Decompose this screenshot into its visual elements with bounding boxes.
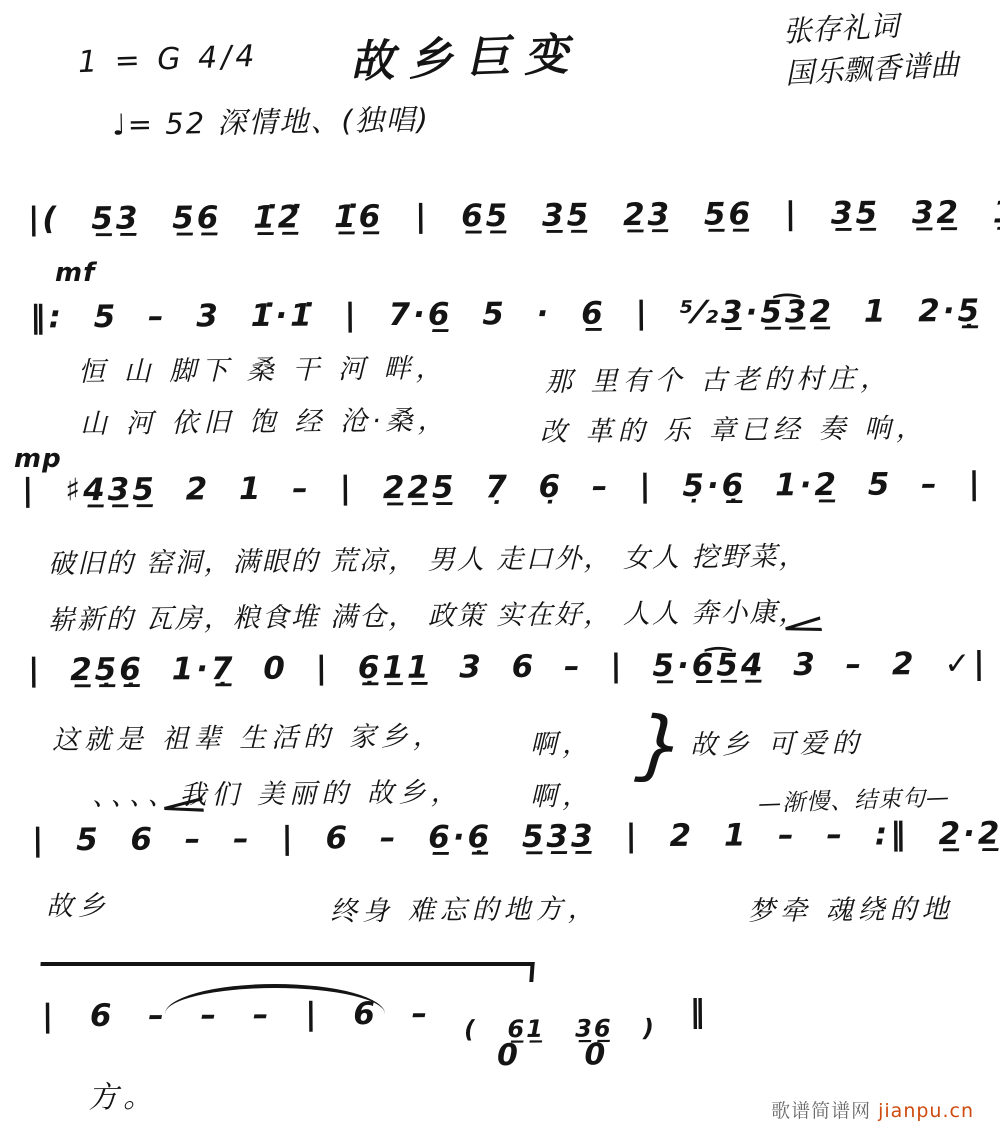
credits: 张存礼词 国乐飘香谱曲 (782, 2, 960, 95)
lyrics-line4-right: 梦牵 魂绕的地 (748, 887, 954, 928)
song-title: 故乡巨变 (349, 18, 583, 90)
watermark-site-name: 歌谱简谱网 (771, 1100, 878, 1122)
watermark: 歌谱简谱网 jianpu.cn (771, 1096, 974, 1123)
notation-line-1: |( 5̲3̲ 5̲6̲ 1̲̇2̲̇ 1̲̇6̲ | 6̲5̲ 3̲5̲ 2̲… (28, 191, 1000, 238)
lyrics-verse2-line3-left: 、、、、我们 美丽的 故乡， (92, 770, 463, 813)
notation-line-2: ‖: 5 – 3 1̇·1̇ | 7·6̲ 5 · 6̲ | ⁵⁄₂3̲·5̲͡… (30, 290, 1000, 335)
crescendo-mark: < (777, 609, 820, 644)
lyrics-verse1-line3-ah: 啊， (530, 722, 594, 762)
sheet-music-page: 1 = G 4/4 故乡巨变 张存礼词 国乐飘香谱曲 ♩= 52 深情地、(独唱… (0, 0, 1000, 1137)
crescendo-mark-2: < (156, 790, 202, 824)
lyrics-verse2-line1-left: 山 河 依旧 饱 经 沧·桑， (80, 398, 450, 441)
ritardando-annotation: —渐慢、结束句— (757, 779, 950, 819)
lyrics-verse2-line1-right: 改 革的 乐 章已经 奏 响， (540, 406, 928, 449)
coda-grace-over-rests: ( 6̲1̲ 3̲6̲ ) 0 0 (464, 1016, 656, 1071)
lyrics-shared-line3-right: 故乡 可爱的 (690, 721, 864, 762)
watermark-url: jianpu.cn (878, 1100, 974, 1122)
tempo-expression: ♩= 52 深情地、(独唱) (112, 97, 431, 144)
notation-line-3: | ♯4̲3̲5̲ 2 1 – | 2̲2̲5̲ 7̣ 6̣ – | 5̣·6̲… (22, 463, 1000, 508)
final-barline: ‖ (689, 994, 708, 1030)
coda-overline-bracket (39, 962, 534, 982)
rest-notes: 0 0 (497, 1040, 623, 1071)
lyrics-verse2-line3-ah: 啊， (530, 774, 594, 814)
composer-credit: 国乐飘香谱曲 (784, 43, 960, 94)
notation-line-6: | 6 – – – | 6 – ( 6̲1̲ 3̲6̲ ) 0 0 ‖ (42, 994, 709, 1075)
lyrics-final-syllable: 方。 (88, 1072, 158, 1117)
verses-brace: } (633, 698, 687, 790)
lyrics-verse1-line1-right: 那 里有个 古老的村庄， (545, 356, 893, 399)
lyrics-line4-left: 故乡 (46, 884, 110, 924)
lyrics-verse2-line2: 崭新的 瓦房，粮食堆 满仓， 政策 实在好， 人人 奔小康， (48, 590, 808, 637)
key-signature: 1 = G 4/4 (77, 39, 258, 80)
dynamic-mf: mf (55, 258, 95, 288)
coda-notes: | 6 – – – | 6 – (42, 996, 431, 1035)
lyrics-verse1-line2: 破旧的 窑洞，满眼的 荒凉， 男人 走口外， 女人 挖野菜， (48, 534, 808, 581)
dynamic-mp: mp (14, 444, 62, 474)
lyrics-verse1-line3-left: 这就是 祖辈 生活的 家乡， (52, 714, 445, 757)
notation-line-4: | 2̲5̲̣6̲̣ 1·7̲̣ 0 | 6̲̣1̲1̲ 3 6 – | 5̲·… (28, 644, 1000, 689)
lyrics-line4-mid: 终身 难忘的地方， (330, 887, 600, 929)
lyrics-verse1-line1-left: 恒 山 脚下 桑 干 河 畔， (78, 346, 448, 389)
